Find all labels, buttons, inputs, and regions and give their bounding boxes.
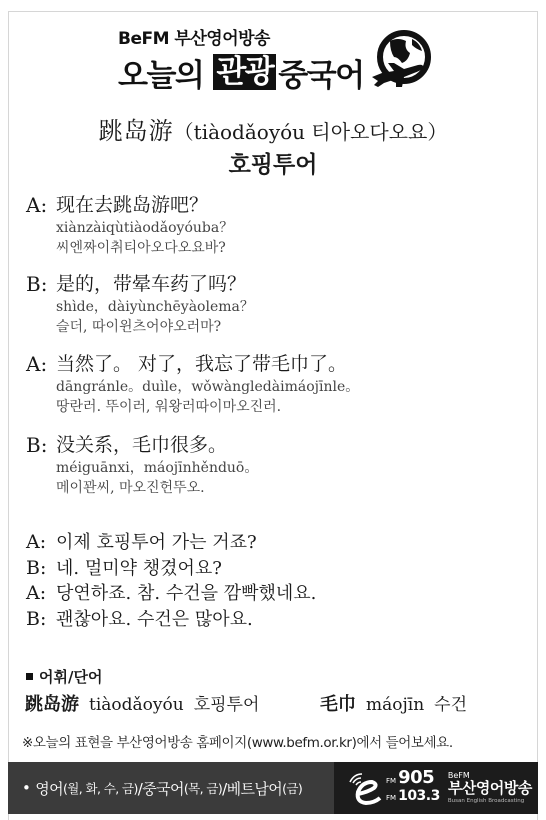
station-tagline: Busan English Broadcasting (448, 795, 532, 808)
frequency-1: 905 (398, 770, 434, 785)
speaker: A: (26, 530, 56, 556)
translation-text: 당연하죠. 참. 수건을 깜빡했네요. (56, 581, 316, 607)
speaker: A: (26, 351, 56, 377)
broadcast-schedule: • 영어 (월, 화, 수, 금) /중국어 (목, 금) /베트남어 (금) (8, 762, 334, 814)
speaker: B: (26, 607, 56, 633)
chinese-text: 是的，带晕车药了吗？ (56, 271, 246, 297)
vocab-korean: 수건 (434, 690, 467, 715)
brand-name: BeFM 부산영어방송 (118, 24, 270, 49)
fm-label: FM (386, 791, 396, 806)
pronunciation-text: 땅란러. 뚜이러, 워왕러따이마오진러. (56, 397, 359, 417)
pinyin-text: méiguānxi，máojīnhěnduō。 (56, 458, 258, 478)
frequency-2: 103.3 (398, 789, 440, 804)
translation-line: B:괜찮아요. 수건은 많아요. (26, 607, 316, 633)
dialogue-line: B:没关系，毛巾很多。 méiguānxi，máojīnhěnduō。 메이꽌씨… (26, 432, 258, 498)
footer-banner: • 영어 (월, 화, 수, 금) /중국어 (목, 금) /베트남어 (금) … (8, 762, 538, 814)
vocab-chinese: 毛巾 (320, 690, 356, 716)
expression-title: 跳岛游（tiàodǎoyóu 티아오다오요） (0, 111, 546, 146)
schedule-vietnamese-days: (금) (282, 779, 302, 797)
pinyin-text: dāngránle。duìle，wǒwàngledàimáojīnle。 (56, 377, 359, 397)
schedule-chinese-days: (목, 금) (184, 779, 222, 797)
befm-e-logo-icon (344, 770, 384, 806)
vocabulary-item: 毛巾 máojīn 수건 (320, 690, 467, 716)
pinyin-text: xiànzàiqùtiàodǎoyóuba？ (56, 218, 233, 238)
chinese-text: 现在去跳岛游吧？ (56, 192, 208, 218)
title-prefix: 오늘의 (118, 50, 203, 95)
title-suffix: 중국어 (278, 50, 363, 95)
pronunciation-text: 메이꽌씨, 마오진헌뚜오. (56, 478, 258, 498)
schedule-vietnamese: /베트남어 (222, 778, 282, 799)
speaker: B: (26, 271, 56, 297)
translation-line: A:이제 호핑투어 가는 거죠? (26, 530, 316, 556)
translation-line: B:네. 멀미약 챙겼어요? (26, 556, 316, 582)
title-pinyin: （tiàodǎoyóu 티아오다오요） (174, 120, 448, 144)
pronunciation-text: 씨엔짜이취티아오다오요바? (56, 238, 233, 258)
title-boxed: 관광 (213, 54, 276, 90)
translation-text: 네. 멀미약 챙겼어요? (56, 556, 222, 582)
dialogue-line: A:现在去跳岛游吧？ xiànzàiqùtiàodǎoyóuba？ 씨엔짜이취티… (26, 192, 233, 258)
vocab-chinese: 跳岛游 (25, 690, 79, 716)
vocabulary-item: 跳岛游 tiàodǎoyóu 호핑투어 (25, 690, 259, 716)
website-notice: ※오늘의 표현을 부산영어방송 홈페이지(www.befm.or.kr)에서 들… (22, 731, 453, 751)
vocab-pinyin: máojīn (366, 695, 424, 715)
station-name: BeFM 부산영어방송 Busan English Broadcasting (448, 769, 532, 808)
bullet: • (22, 779, 30, 797)
chinese-text: 当然了。 对了，我忘了带毛巾了。 (56, 351, 347, 377)
dialogue-line: A:当然了。 对了，我忘了带毛巾了。 dāngránle。duìle，wǒwàn… (26, 351, 359, 417)
translation-text: 괜찮아요. 수건은 많아요. (56, 607, 253, 633)
pronunciation-text: 슬더, 따이윈츠어야오러마? (56, 317, 254, 337)
vocabulary-heading-text: 어휘/단어 (39, 666, 102, 687)
frequency: FM905 FM103.3 (386, 770, 440, 806)
globe-airplane-icon (368, 27, 434, 93)
vocab-pinyin: tiàodǎoyóu (89, 695, 184, 715)
title-chinese: 跳岛游 (99, 117, 174, 145)
schedule-chinese: /중국어 (138, 778, 184, 799)
vocabulary-heading: 어휘/단어 (26, 666, 102, 687)
program-title: 오늘의 관광 중국어 (118, 52, 364, 92)
translation-line: A:당연하죠. 참. 수건을 깜빡했네요. (26, 581, 316, 607)
chinese-text: 没关系，毛巾很多。 (56, 432, 227, 458)
station-logo: FM905 FM103.3 BeFM 부산영어방송 Busan English … (334, 762, 538, 814)
dialogue-line: B:是的，带晕车药了吗？ shìde，dàiyùnchēyàolema？ 슬더,… (26, 271, 254, 337)
speaker: B: (26, 556, 56, 582)
pinyin-text: shìde，dàiyùnchēyàolema？ (56, 297, 254, 317)
fm-label: FM (386, 774, 396, 789)
speaker: A: (26, 581, 56, 607)
translation-block: A:이제 호핑투어 가는 거죠? B:네. 멀미약 챙겼어요? A:당연하죠. … (26, 530, 316, 632)
title-korean: 호핑투어 (0, 146, 546, 179)
square-bullet-icon (26, 673, 33, 680)
vocab-korean: 호핑투어 (194, 690, 260, 715)
speaker: B: (26, 432, 56, 458)
translation-text: 이제 호핑투어 가는 거죠? (56, 530, 257, 556)
speaker: A: (26, 192, 56, 218)
schedule-english-days: (월, 화, 수, 금) (63, 779, 138, 797)
station-kr: 부산영어방송 (448, 782, 532, 795)
schedule-english: 영어 (35, 778, 63, 799)
